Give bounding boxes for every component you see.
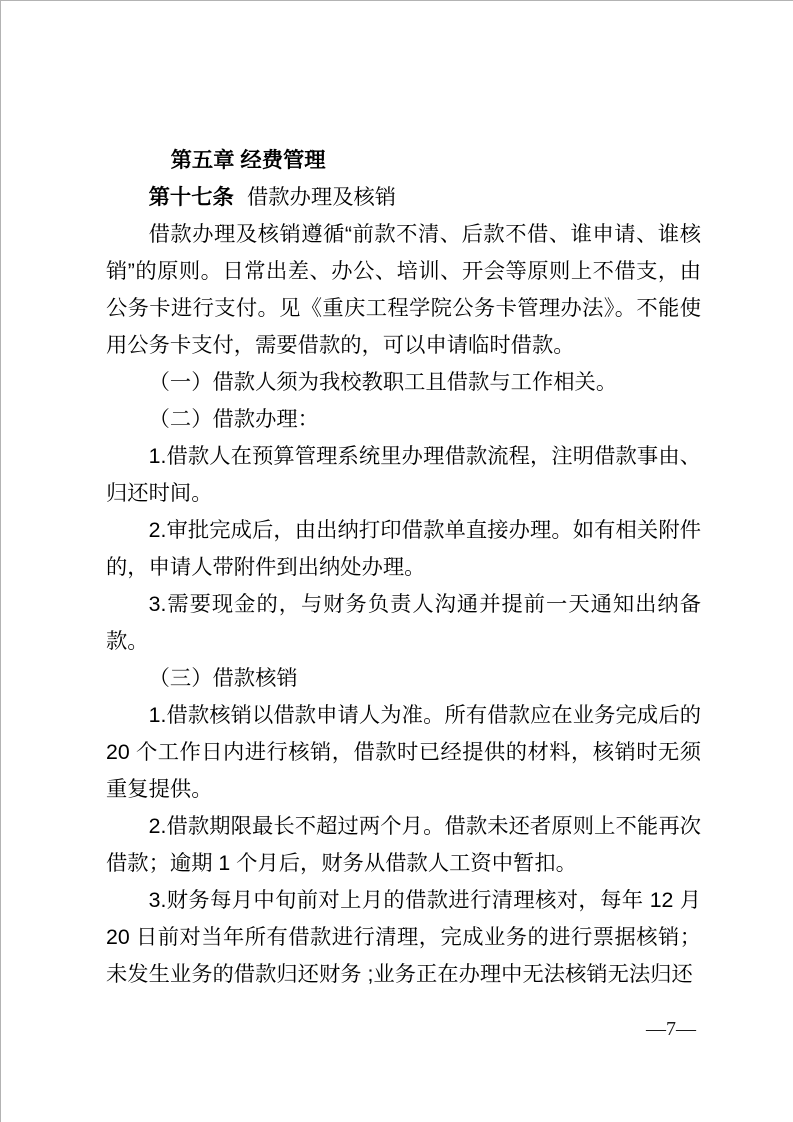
document-body: 第五章 经费管理 第十七条借款办理及核销 借款办理及核销遵循“前款不清、后款不借…	[106, 142, 701, 993]
document-page: 第五章 经费管理 第十七条借款办理及核销 借款办理及核销遵循“前款不清、后款不借…	[0, 0, 793, 1122]
list-item-2-sub-2: 2.审批完成后，由出纳打印借款单直接办理。如有相关附件的，申请人带附件到出纳处办…	[106, 512, 701, 586]
list-item-2: （二）借款办理：	[106, 401, 701, 438]
article-heading: 第十七条借款办理及核销	[106, 179, 701, 216]
list-item-1: （一）借款人须为我校教职工且借款与工作相关。	[106, 364, 701, 401]
article-number: 第十七条	[149, 185, 234, 209]
body-paragraph: 借款办理及核销遵循“前款不清、后款不借、谁申请、谁核销”的原则。日常出差、办公、…	[106, 216, 701, 364]
list-item-3-sub-2: 2.借款期限最长不超过两个月。借款未还者原则上不能再次借款；逾期 1 个月后，财…	[106, 808, 701, 882]
list-item-3-sub-1: 1.借款核销以借款申请人为准。所有借款应在业务完成后的 20 个工作日内进行核销…	[106, 697, 701, 808]
list-item-2-sub-1: 1.借款人在预算管理系统里办理借款流程，注明借款事由、归还时间。	[106, 438, 701, 512]
article-title: 借款办理及核销	[247, 185, 396, 209]
chapter-heading: 第五章 经费管理	[128, 142, 723, 179]
list-item-3-sub-3: 3.财务每月中旬前对上月的借款进行清理核对，每年 12 月 20 日前对当年所有…	[106, 882, 701, 993]
page-number: —7—	[639, 1017, 703, 1041]
list-item-2-sub-3: 3.需要现金的，与财务负责人沟通并提前一天通知出纳备款。	[106, 586, 701, 660]
list-item-3: （三）借款核销	[106, 660, 701, 697]
